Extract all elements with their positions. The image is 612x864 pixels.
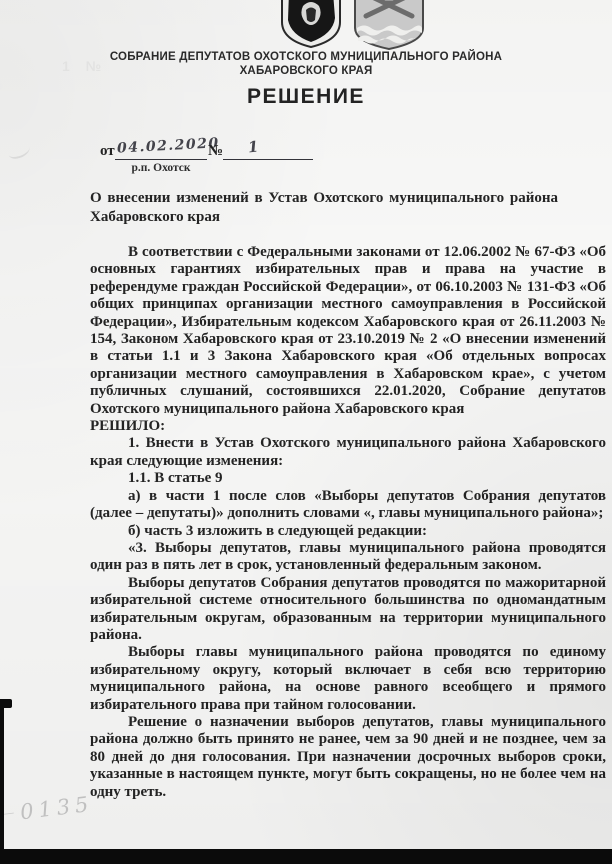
document-body: В соответствии с Федеральными законами о… bbox=[90, 244, 606, 801]
body-paragraph: В соответствии с Федеральными законами о… bbox=[90, 244, 606, 418]
date-underline bbox=[115, 159, 207, 160]
place-label: р.п. Охотск bbox=[115, 162, 207, 174]
document-subject: О внесении изменений в Устав Охотского м… bbox=[90, 189, 558, 226]
body-paragraph: а) в части 1 после слов «Выборы депутато… bbox=[90, 488, 606, 523]
faint-ghost-mark: 1 № bbox=[62, 58, 152, 76]
body-paragraph: Выборы депутатов Собрания депутатов пров… bbox=[90, 575, 606, 645]
document-type-title: РЕШЕНИЕ bbox=[0, 85, 612, 109]
body-paragraph: 1. Внести в Устав Охотского муниципально… bbox=[90, 435, 606, 470]
body-paragraph: б) часть 3 изложить в следующей редакции… bbox=[90, 523, 606, 540]
emblems-row bbox=[279, 0, 429, 48]
body-paragraph: РЕШИЛО: bbox=[90, 418, 606, 435]
body-paragraph: Решение о назначении выборов депутатов, … bbox=[90, 714, 606, 801]
scanned-document-page: СОБРАНИЕ ДЕПУТАТОВ ОХОТСКОГО МУНИЦИПАЛЬН… bbox=[0, 0, 612, 864]
number-sign-label: № bbox=[208, 143, 223, 160]
scan-edge-artifact-bottom bbox=[0, 849, 612, 864]
body-paragraph: Выборы главы муниципального района прово… bbox=[90, 644, 606, 714]
handwritten-date: 04.02.2020 bbox=[117, 135, 218, 156]
okhotsk-district-emblem bbox=[352, 0, 426, 50]
scan-edge-artifact-left bbox=[0, 704, 4, 864]
date-number-row: от 04.02.2020 № 1 р.п. Охотск bbox=[100, 140, 420, 174]
handwritten-number: 1 bbox=[247, 138, 259, 157]
body-paragraph: 1.1. В статье 9 bbox=[90, 470, 606, 487]
khabarovsk-krai-emblem bbox=[279, 0, 343, 48]
pencil-page-number: 0135 bbox=[19, 792, 95, 825]
date-prefix-label: от bbox=[100, 143, 115, 160]
pen-squiggle-mark bbox=[7, 142, 32, 161]
body-paragraph: «3. Выборы депутатов, главы муниципально… bbox=[90, 540, 606, 575]
number-underline bbox=[223, 159, 313, 160]
